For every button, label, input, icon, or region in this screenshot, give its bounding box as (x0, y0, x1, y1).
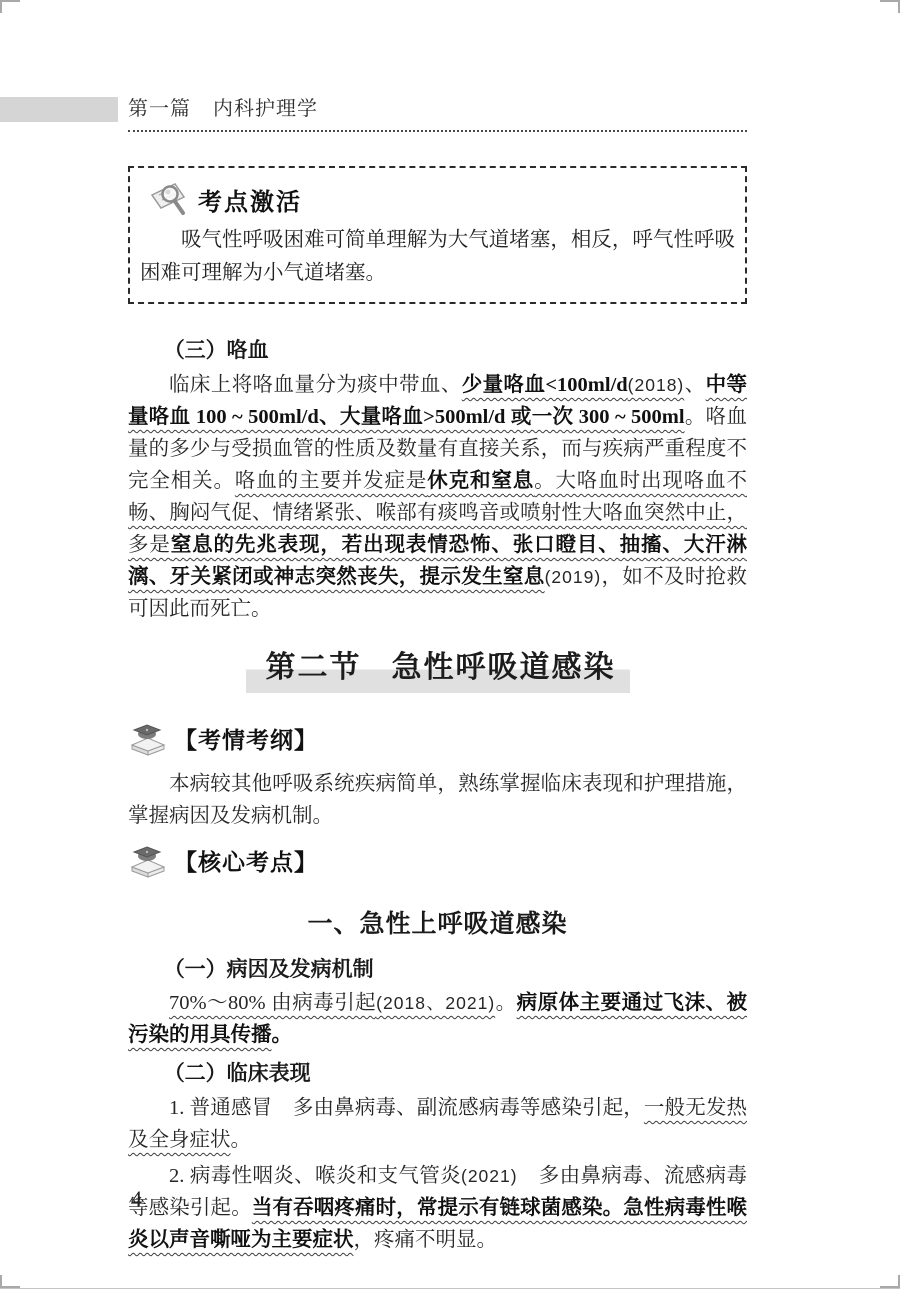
cause-heading: （一）病因及发病机制 (128, 956, 747, 984)
text-segment: (2019) (545, 567, 602, 587)
text-segment: 。 (495, 992, 516, 1014)
part-title: 内科护理学 (213, 98, 318, 120)
cause-paragraph: 70%～80% 由病毒引起(2018、2021)。病原体主要通过飞沫、被污染的用… (128, 987, 747, 1051)
hexin-title: 【核心考点】 (174, 844, 318, 877)
page-content: 考点激活 吸气性呼吸困难可简单理解为大气道堵塞，相反，呼气性呼吸困难可理解为小气… (128, 130, 747, 1256)
hemoptysis-heading: （三）咯血 (128, 337, 747, 365)
text-segment: (2018、2021) (376, 993, 495, 1013)
hexin-row: 【核心考点】 (128, 842, 747, 878)
text-segment: 、 (684, 374, 705, 396)
text-segment: 。 (272, 1024, 293, 1046)
text-segment: 少量咯血<100ml/d (462, 374, 628, 396)
text-segment: 70%～80% 由病毒引起 (169, 992, 376, 1014)
crop-mark-bottom-left (0, 1275, 20, 1288)
text-segment: 1. 普通感冒 多由鼻病毒、副流感病毒等感染引起， (169, 1097, 644, 1119)
kaoqing-title: 【考情考纲】 (174, 722, 318, 755)
kaoqing-row: 【考情考纲】 (128, 720, 747, 756)
clinical-item-2: 2. 病毒性咽炎、喉炎和支气管炎(2021) 多由鼻病毒、流感病毒等感染引起。当… (128, 1160, 747, 1256)
text-segment: 临床上将咯血量分为痰中带血、 (169, 374, 462, 396)
text-segment: 。 (231, 1129, 252, 1151)
text-segment: 咯血的主要并发症是 (235, 470, 427, 492)
textbook-page: 第一篇内科护理学 考点激活 吸气性呼吸困难可简单理解为大气道堵塞，相反，呼气性呼… (0, 0, 900, 1289)
magnifier-paper-icon (148, 180, 190, 218)
book-cap-icon (128, 720, 168, 756)
exam-point-activation-box: 考点激活 吸气性呼吸困难可简单理解为大气道堵塞，相反，呼气性呼吸困难可理解为小气… (128, 166, 747, 304)
section2-title: 第二节急性呼吸道感染 (246, 640, 630, 693)
part-label: 第一篇 (128, 98, 191, 120)
text-segment: (2018) (628, 375, 685, 395)
text-segment: 休克和窒息 (427, 470, 534, 492)
text-segment: (2021) (461, 1166, 518, 1186)
book-cap-icon (128, 842, 168, 878)
crop-mark-top-right (880, 0, 900, 13)
section2-number: 第二节 (266, 651, 362, 684)
clinical-heading: （二）临床表现 (128, 1060, 747, 1088)
kaoqing-body: 本病较其他呼吸系统疾病简单，熟练掌握临床表现和护理措施，掌握病因及发病机制。 (128, 768, 747, 832)
clinical-item-1: 1. 普通感冒 多由鼻病毒、副流感病毒等感染引起，一般无发热及全身症状。 (128, 1092, 747, 1156)
section2-name: 急性呼吸道感染 (392, 651, 616, 684)
page-number: 4 (131, 1186, 142, 1212)
running-header: 第一篇内科护理学 (128, 92, 747, 132)
header-gray-band (0, 97, 118, 122)
text-segment: 2. 病毒性咽炎、喉炎和支气管炎 (169, 1165, 461, 1187)
tipbox-body: 吸气性呼吸困难可简单理解为大气道堵塞，相反，呼气性呼吸困难可理解为小气道堵塞。 (140, 224, 735, 290)
crop-mark-top-left (0, 0, 20, 13)
tipbox-header: 考点激活 (148, 180, 737, 218)
section-hemoptysis: （三）咯血 临床上将咯血量分为痰中带血、少量咯血<100ml/d(2018)、中… (128, 337, 747, 625)
section2-title-wrap: 第二节急性呼吸道感染 (128, 640, 747, 693)
subsection1-heading: 一、急性上呼吸道感染 (128, 904, 747, 940)
crop-mark-bottom-right (880, 1275, 900, 1288)
text-segment: ，疼痛不明显。 (354, 1229, 498, 1251)
tipbox-title: 考点激活 (198, 182, 302, 217)
hemoptysis-paragraph: 临床上将咯血量分为痰中带血、少量咯血<100ml/d(2018)、中等量咯血 1… (128, 369, 747, 625)
